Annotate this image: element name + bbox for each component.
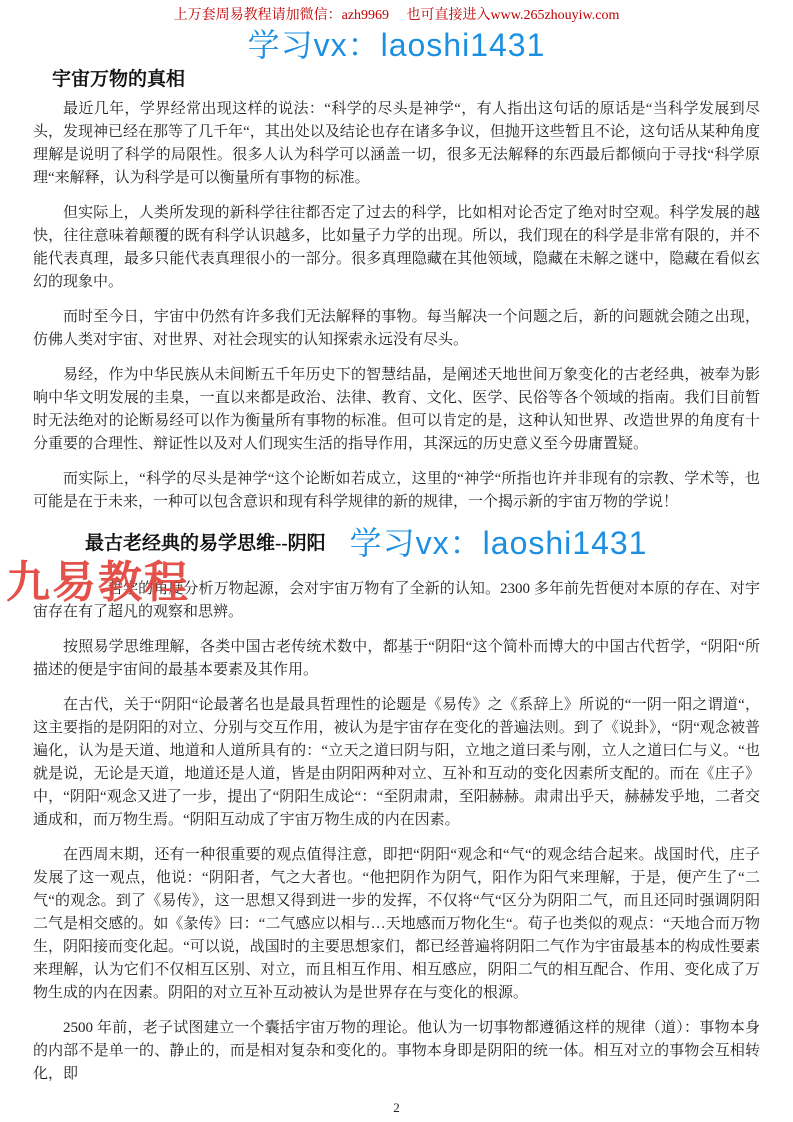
paragraph: 2500 年前，老子试图建立一个囊括宇宙万物的理论。他认为一切事物都遵循这样的规… [33, 1017, 760, 1086]
promo-header-line: 上万套周易教程请加微信：azh9969 也可直接进入www.265zhouyiw… [0, 0, 793, 26]
paragraph: 在西周末期，还有一种很重要的观点值得注意，即把“阴阳“观念和“气“的观念结合起来… [33, 844, 760, 1005]
watermark-red-brand: 九易教程 [6, 546, 190, 610]
paragraph: 在古代，关于“阴阳“论最著名也是最具哲理性的论题是《易传》之《系辞上》所说的“一… [33, 694, 760, 832]
section-title-universe-truth: 宇宙万物的真相 [52, 66, 793, 94]
watermark-blue-mid: 学习vx：laoshi1431 [350, 532, 648, 555]
page-number: 2 [33, 1096, 760, 1119]
paragraph: 易经，作为中华民族从未间断五千年历史下的智慧结晶，是阐述天地世间万象变化的古老经… [33, 364, 760, 456]
paragraph: 按照易学思维理解，各类中国古老传统术数中，都基于“阴阳“这个简朴而博大的中国古代… [33, 636, 760, 682]
watermark-blue-top: 学习vx：laoshi1431 [0, 26, 793, 64]
paragraph: 而时至今日，宇宙中仍然有许多我们无法解释的事物。每当解决一个问题之后，新的问题就… [33, 306, 760, 352]
document-page: 上万套周易教程请加微信：azh9969 也可直接进入www.265zhouyiw… [0, 0, 793, 1122]
paragraph: 最近几年，学界经常出现这样的说法：“科学的尽头是神学“，有人指出这句话的原话是“… [33, 98, 760, 190]
paragraph: 但实际上，人类所发现的新科学往往都否定了过去的科学，比如相对论否定了绝对时空观。… [33, 202, 760, 294]
paragraph: 而实际上，“科学的尽头是神学“这个论断如若成立，这里的“神学“所指也许并非现有的… [33, 468, 760, 514]
